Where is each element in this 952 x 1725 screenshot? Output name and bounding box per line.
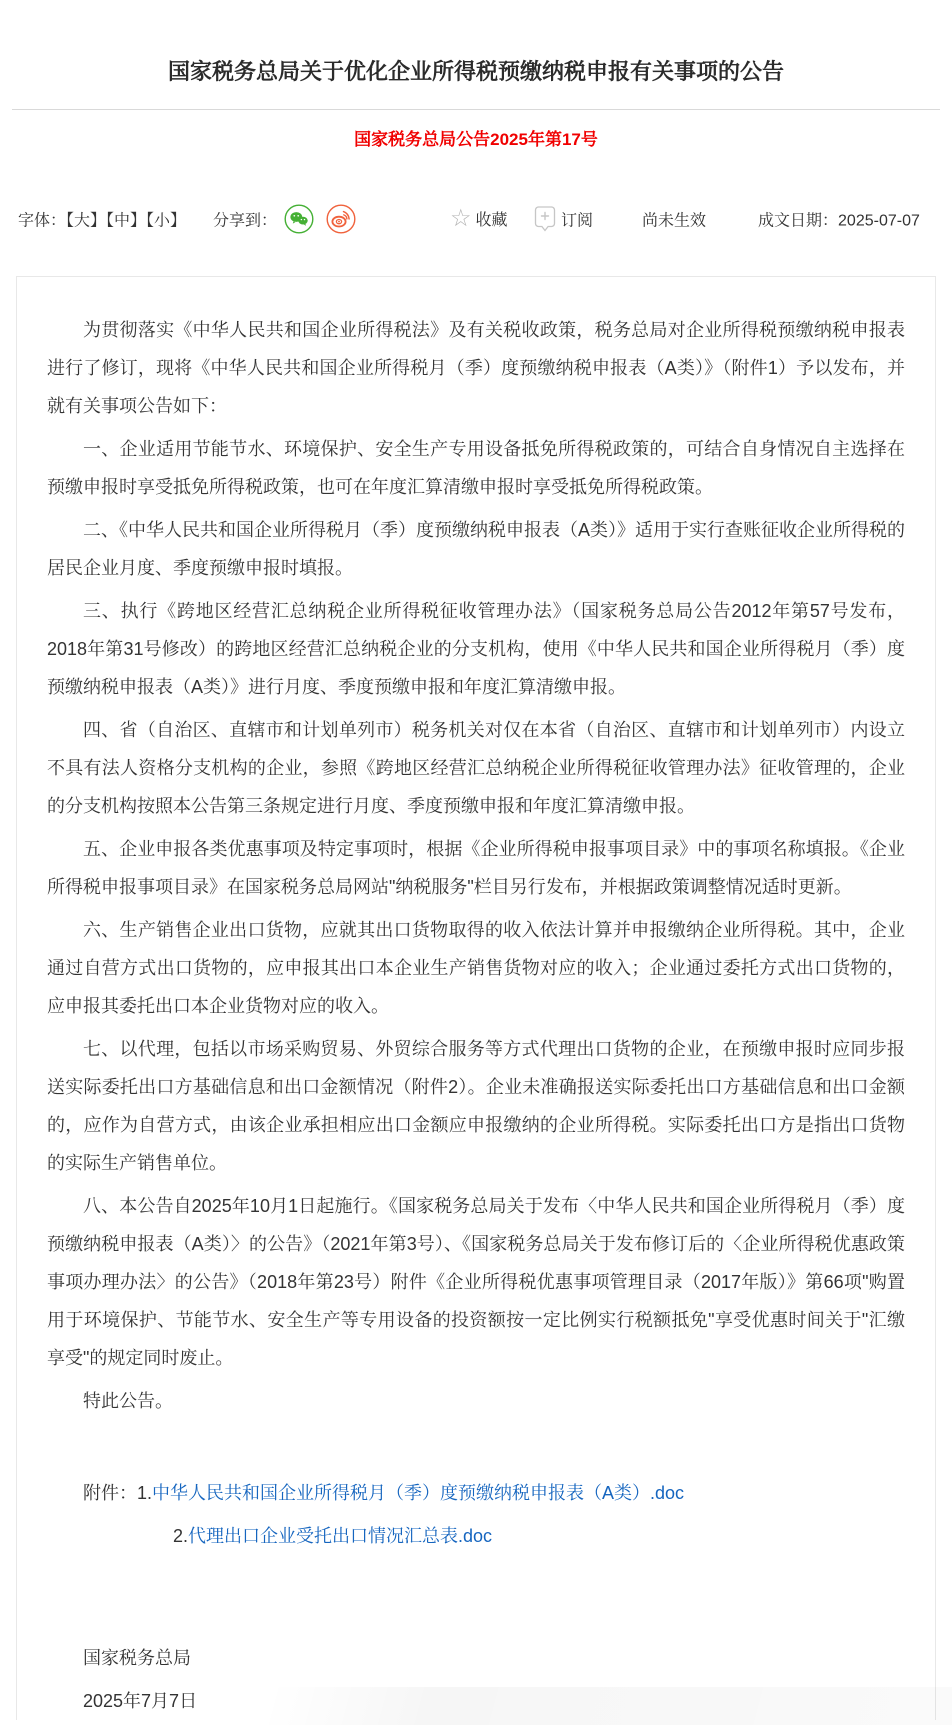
toolbar: 字体：【大】【中】【小】 分享到： ☆ 收藏 (0, 202, 952, 236)
font-size-control: 字体：【大】【中】【小】 (18, 207, 186, 230)
attachments-label: 附件： (83, 1483, 137, 1503)
font-size-large-button[interactable]: 【大】 (66, 212, 106, 229)
attachment-link-2[interactable]: 代理出口企业受托出口情况汇总表.doc (188, 1526, 492, 1546)
bookmark-plus-icon (534, 205, 556, 232)
body-paragraph: 二、《中华人民共和国企业所得税月（季）度预缴纳税申报表（A类）》适用于实行查账征… (47, 511, 905, 587)
font-size-small-button[interactable]: 【小】 (146, 212, 186, 229)
subscribe-button[interactable]: 订阅 (534, 205, 593, 232)
body-paragraph: 六、生产销售企业出口货物，应就其出口货物取得的收入依法计算并申报缴纳企业所得税。… (47, 911, 905, 1025)
closing-line: 特此公告。 (47, 1382, 905, 1420)
attachment-row: 附件：1.中华人民共和国企业所得税月（季）度预缴纳税申报表（A类）.doc (47, 1474, 905, 1512)
body-paragraph: 为贯彻落实《中华人民共和国企业所得税法》及有关税收政策，税务总局对企业所得税预缴… (47, 311, 905, 425)
signature-date: 2025年7月7日 (47, 1682, 905, 1720)
signature-block: 国家税务总局 2025年7月7日 (47, 1639, 905, 1720)
font-size-medium-button[interactable]: 【中】 (106, 212, 146, 229)
wechat-icon (284, 204, 314, 234)
attachment-number: 1. (137, 1483, 152, 1503)
body-paragraph: 七、以代理，包括以市场采购贸易、外贸综合服务等方式代理出口货物的企业，在预缴申报… (47, 1030, 905, 1182)
weibo-share-button[interactable] (326, 204, 356, 234)
subscribe-label: 订阅 (561, 207, 593, 230)
star-icon: ☆ (450, 207, 472, 231)
publish-date-label: 成文日期： (758, 212, 838, 229)
body-paragraph: 八、本公告自2025年10月1日起施行。《国家税务总局关于发布〈中华人民共和国企… (47, 1187, 905, 1377)
favorite-button[interactable]: ☆ 收藏 (450, 207, 508, 231)
body-paragraph: 一、企业适用节能节水、环境保护、安全生产专用设备抵免所得税政策的，可结合自身情况… (47, 430, 905, 506)
doc-number: 国家税务总局公告2025年第17号 (0, 128, 952, 152)
body-paragraph: 三、执行《跨地区经营汇总纳税企业所得税征收管理办法》（国家税务总局公告2012年… (47, 592, 905, 706)
document-body: 为贯彻落实《中华人民共和国企业所得税法》及有关税收政策，税务总局对企业所得税预缴… (16, 276, 936, 1720)
font-size-label: 字体： (18, 212, 66, 229)
signature-agency: 国家税务总局 (47, 1639, 905, 1677)
publish-date: 成文日期：2025-07-07 (758, 207, 920, 230)
attachments: 附件：1.中华人民共和国企业所得税月（季）度预缴纳税申报表（A类）.doc 2.… (47, 1474, 905, 1555)
weibo-icon (326, 204, 356, 234)
favorite-label: 收藏 (476, 207, 508, 230)
publish-date-value: 2025-07-07 (838, 212, 920, 229)
attachment-row: 2.代理出口企业受托出口情况汇总表.doc (47, 1517, 905, 1555)
attachment-number: 2. (173, 1526, 188, 1546)
wechat-share-button[interactable] (284, 204, 314, 234)
body-paragraph: 四、省（自治区、直辖市和计划单列市）税务机关对仅在本省（自治区、直辖市和计划单列… (47, 711, 905, 825)
attachment-link-1[interactable]: 中华人民共和国企业所得税月（季）度预缴纳税申报表（A类）.doc (152, 1483, 684, 1503)
share-label: 分享到： (213, 207, 277, 230)
body-paragraph: 五、企业申报各类优惠事项及特定事项时，根据《企业所得税申报事项目录》中的事项名称… (47, 830, 905, 906)
title-divider (12, 109, 940, 110)
status-badge: 尚未生效 (642, 207, 706, 230)
page-title: 国家税务总局关于优化企业所得税预缴纳税申报有关事项的公告 (0, 15, 952, 85)
